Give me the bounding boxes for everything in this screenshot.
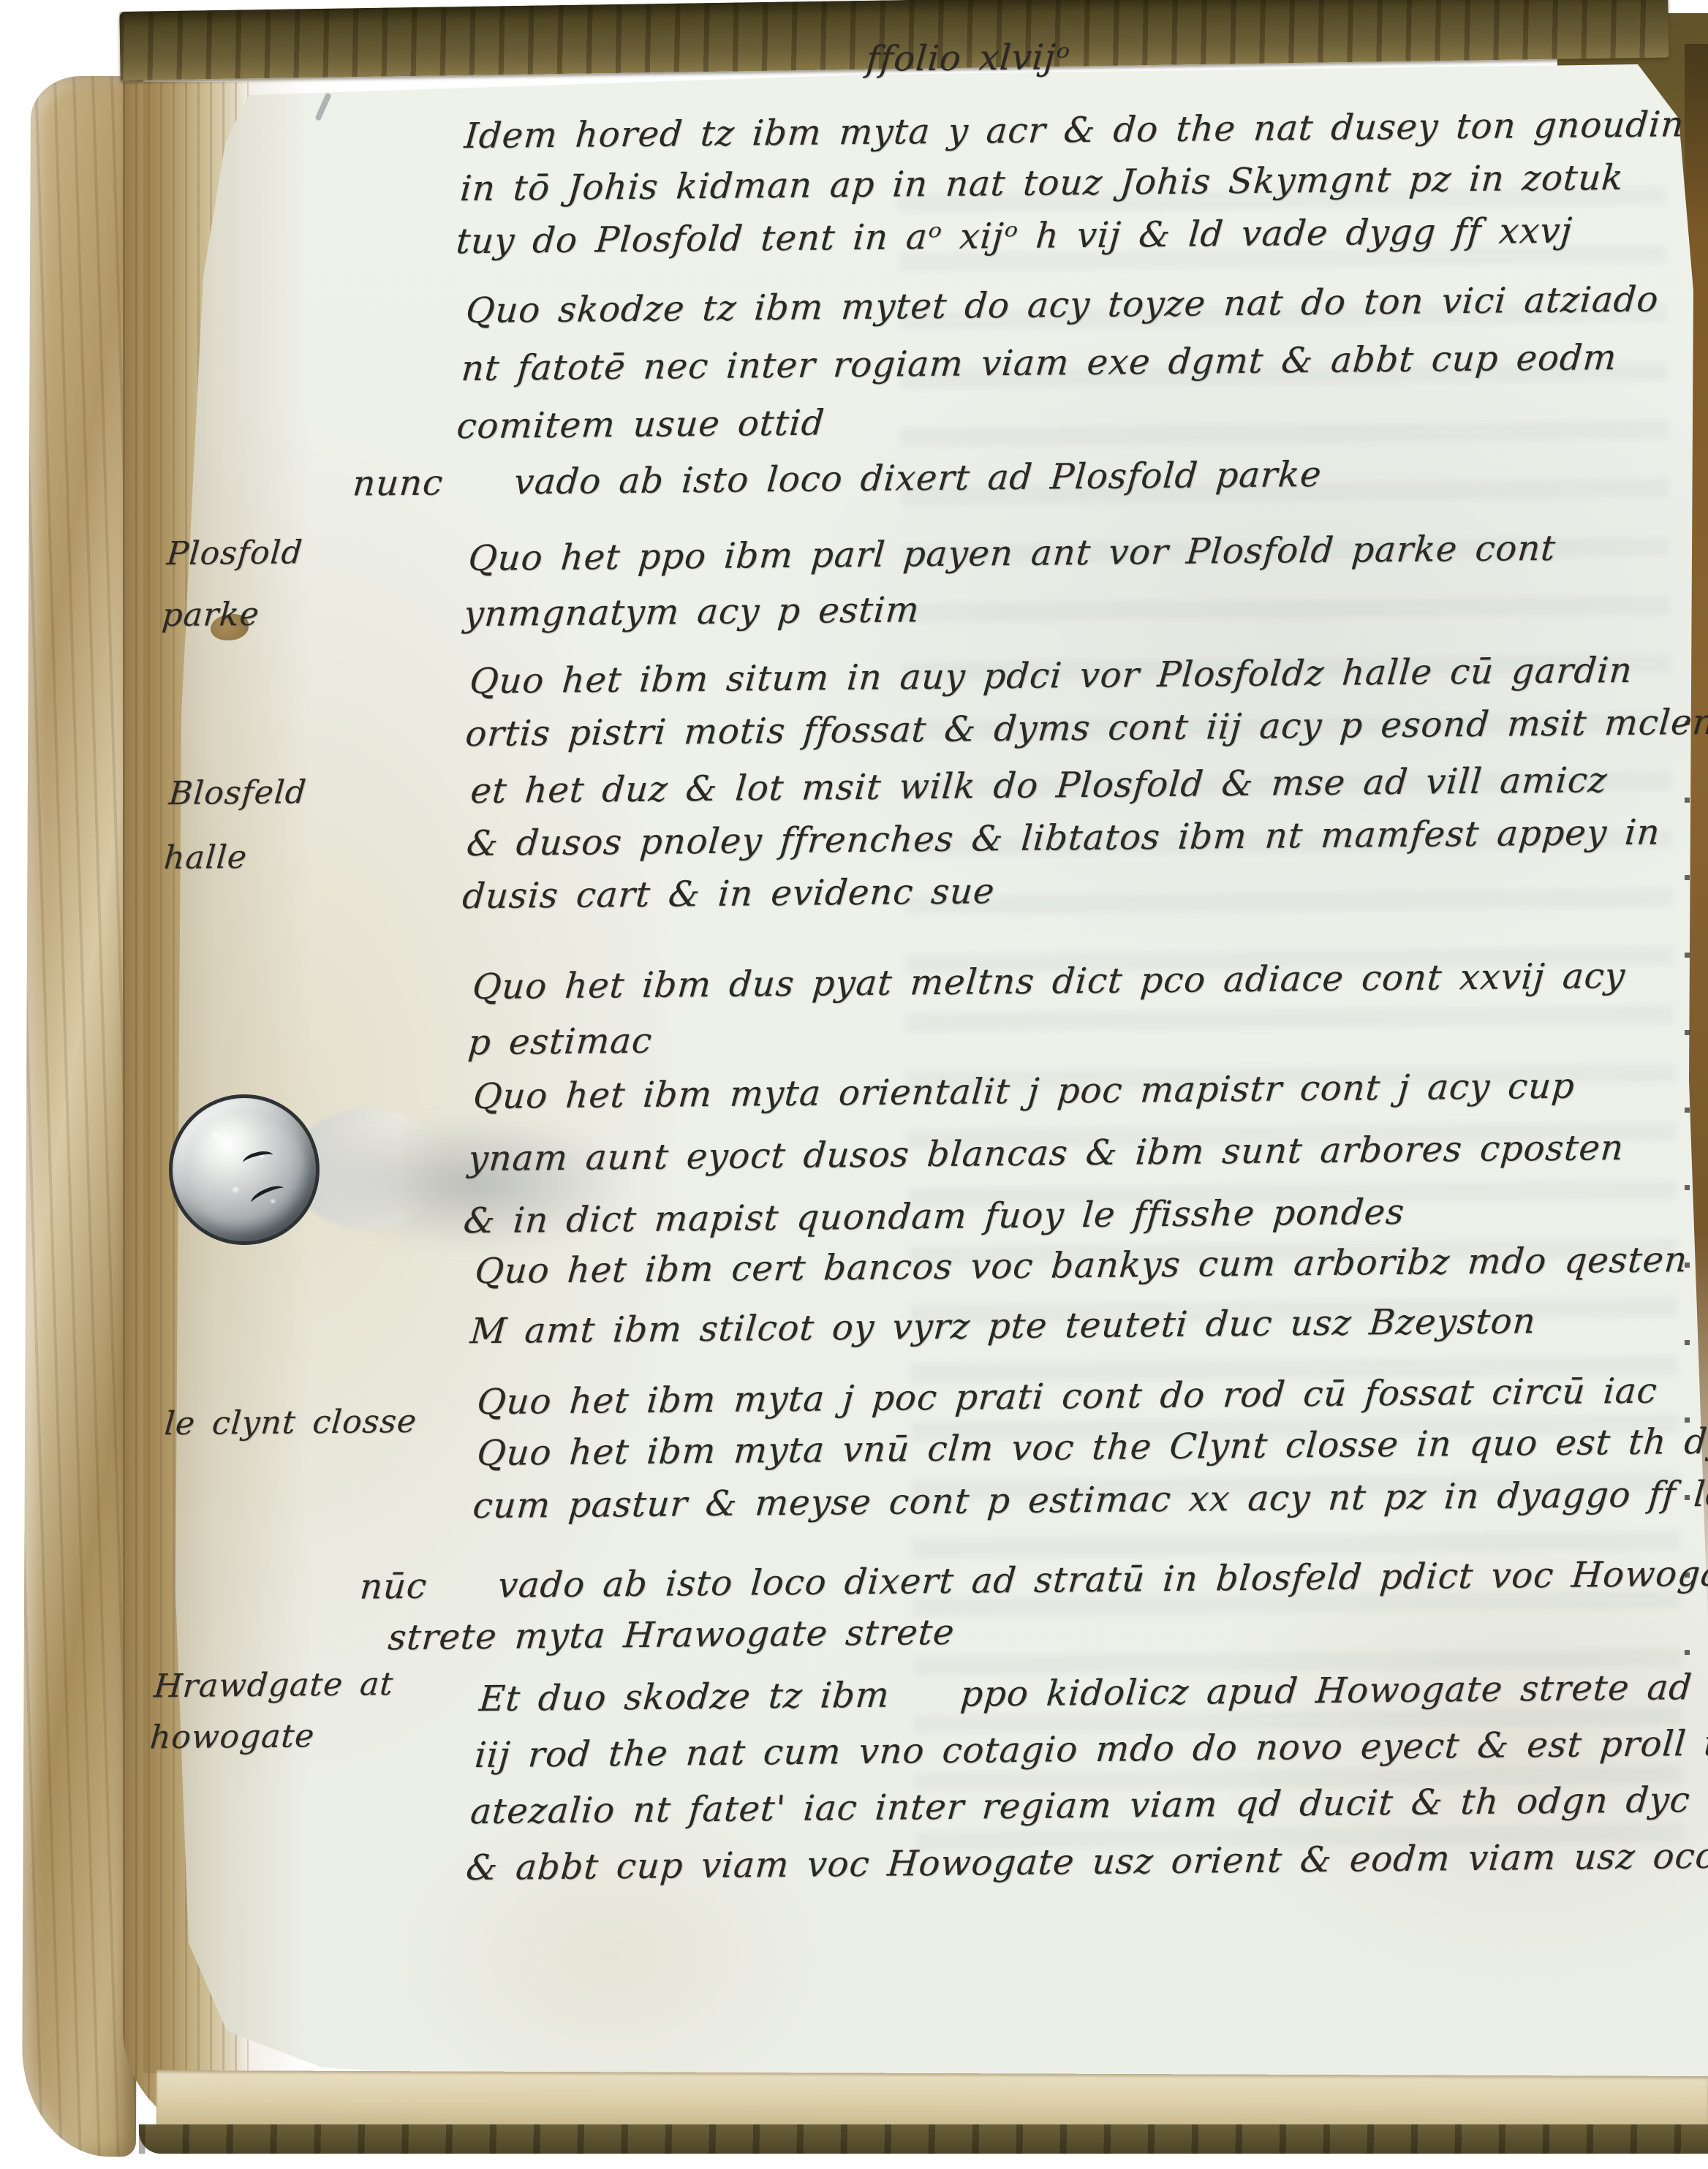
manuscript-line: Quo het ibm myta orientalit j poc mapist…	[471, 1055, 1631, 1128]
entry-paragraph-1: Idem hored tz ibm myta y acr & do the na…	[454, 98, 1686, 268]
entry-paragraph-6: Quo het ibm dus pyat meltns dict pco adi…	[466, 948, 1628, 1070]
manuscript-line: tuy do Plosfold tent in aᵒ xijᵒ h vij & …	[454, 203, 1678, 268]
folio-number: ffolio xlvijᵒ	[865, 37, 1072, 80]
entry-paragraph-2: Quo skodze tz ibm mytet do acy toyze nat…	[455, 270, 1661, 455]
manuscript-line: ynam aunt eyoct dusos blancas & ibm sunt…	[466, 1117, 1626, 1190]
margin-note-hrawdgate-at-howogate: Hrawdgate at howogate	[148, 1659, 395, 1763]
manuscript-photo: ffolio xlvijᵒ Idem hored tz ibm myta y a…	[0, 0, 1708, 2169]
manuscript-line: Hrawdgate at	[152, 1659, 396, 1712]
manuscript-line: Quo het ibm dus pyat meltns dict pco adi…	[470, 948, 1628, 1015]
ink-layer: ffolio xlvijᵒ Idem hored tz ibm myta y a…	[0, 0, 1708, 2169]
manuscript-line: nunc vado ab isto loco dixert ad Plosfol…	[351, 454, 1323, 504]
manuscript-line: le clynt closse	[163, 1403, 418, 1442]
manuscript-line: Quo het ppo ibm parl payen ant vor Plosf…	[466, 521, 1558, 586]
margin-note-le-clynt-closse: le clynt closse	[163, 1403, 418, 1442]
nunc-note-2: nūc vado ab isto loco dixert ad stratū i…	[354, 1548, 1708, 1663]
manuscript-line: Blosfeld	[167, 760, 309, 826]
manuscript-line: ynmgnatym acy p estim	[462, 576, 1554, 642]
manuscript-line: parke	[159, 583, 300, 646]
entry-paragraph-7: Quo het ibm myta orientalit j poc mapist…	[461, 1055, 1631, 1252]
manuscript-line: Plosfold	[165, 522, 305, 585]
manuscript-line: Quo het ibm myta j poc prati cont do rod…	[475, 1371, 1659, 1423]
entry-paragraph-9: Quo het ibm myta j poc prati cont do rod…	[475, 1371, 1659, 1423]
manuscript-line: howogate	[148, 1710, 391, 1763]
manuscript-line: halle	[162, 825, 304, 890]
entry-paragraph-5: et het duz & lot msit wilk do Plosfold &…	[461, 753, 1666, 923]
nunc-note-1: nunc vado ab isto loco dixert ad Plosfol…	[351, 454, 1323, 504]
manuscript-line: comitem usue ottid	[455, 387, 1652, 456]
manuscript-line: dusis cart & in evidenc sue	[461, 859, 1658, 923]
entry-paragraph-11: Et duo skodze tz ibm ppo kidolicz apud H…	[464, 1657, 1708, 1896]
entry-paragraph-4: Quo het ibm situm in auy pdci vor Plosfo…	[464, 643, 1708, 760]
margin-note-blosfeld-halle: Blosfeld halle	[162, 760, 309, 890]
margin-note-plosfold-parke: Plosfold parke	[159, 522, 305, 646]
manuscript-line: M amt ibm stilcot oy vyrz pte teuteti du…	[468, 1290, 1685, 1361]
manuscript-line: ffolio xlvijᵒ	[865, 37, 1072, 80]
manuscript-line: Quo het ibm cert bancos voc bankys cum a…	[472, 1230, 1690, 1301]
entry-paragraph-8: Quo het ibm cert bancos voc bankys cum a…	[468, 1230, 1690, 1361]
manuscript-line: ortis pistri motis ffossat & dyms cont i…	[464, 696, 1708, 761]
entry-paragraph-10: Quo het ibm myta vnū clm voc the Clynt c…	[471, 1415, 1708, 1532]
manuscript-line: nt fatotē nec inter rogiam viam exe dgmt…	[459, 329, 1656, 398]
entry-paragraph-3: Quo het ppo ibm parl payen ant vor Plosf…	[462, 521, 1558, 642]
